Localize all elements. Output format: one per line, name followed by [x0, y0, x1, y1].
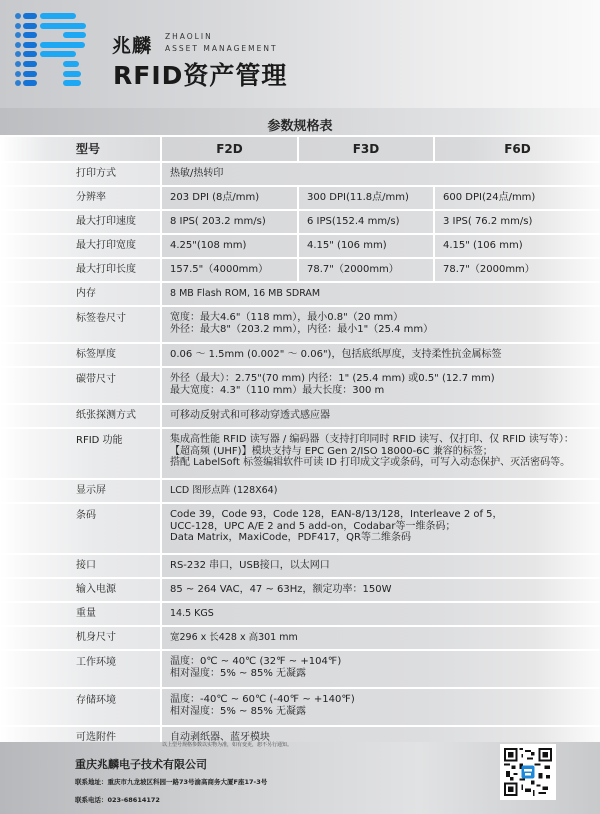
table-title: 参数规格表	[0, 115, 600, 134]
row-label: 标签厚度	[0, 344, 160, 366]
logo-dash	[23, 13, 37, 19]
row-values: RS-232 串口，USB接口，以太网口	[160, 555, 600, 577]
company-address: 联系地址：重庆市九龙坡区科园一路73号渝高商务大厦F座17-3号	[75, 777, 267, 786]
logo-dash	[23, 71, 37, 77]
row-values: 0.06 ～ 1.5mm (0.002" ～ 0.06")，包括底纸厚度，支持柔…	[160, 344, 600, 366]
logo-dot	[15, 23, 21, 29]
brand-english-name: ZHAOLIN ASSET MANAGEMENT	[165, 31, 278, 55]
table-row: 标签厚度0.06 ～ 1.5mm (0.002" ～ 0.06")，包括底纸厚度…	[0, 344, 600, 368]
value-cell-all-models: 宽296 x 长428 x 高301 mm	[162, 627, 600, 649]
value-cell-all-models: 温度：0℃ ~ 40℃ (32℉ ~ +104℉) 相对湿度：5% ~ 85% …	[162, 651, 600, 687]
logo-dash	[23, 32, 37, 38]
value-cell-all-models: LCD 图形点阵 (128X64)	[162, 480, 600, 502]
logo-bar	[40, 51, 76, 57]
logo-bar	[63, 80, 81, 86]
value-cell-all-models: 热敏/热转印	[162, 163, 600, 185]
header-label-model: 型号	[0, 137, 160, 161]
logo-bar	[40, 13, 76, 19]
row-label: 打印方式	[0, 163, 160, 185]
row-label: 存储环境	[0, 689, 160, 725]
row-values: 热敏/热转印	[160, 163, 600, 185]
row-values: 温度：0℃ ~ 40℃ (32℉ ~ +104℉) 相对湿度：5% ~ 85% …	[160, 651, 600, 687]
value-cell-f6d: 600 DPI(24点/mm)	[433, 187, 600, 209]
table-row: 内存8 MB Flash ROM, 16 MB SDRAM	[0, 283, 600, 307]
row-label: 内存	[0, 283, 160, 305]
row-values: 温度：-40℃ ~ 60℃ (-40℉ ~ +140℉) 相对湿度：5% ~ 8…	[160, 689, 600, 725]
row-values: 宽度：最大4.6"（118 mm），最小0.8"（20 mm） 外径：最大8"（…	[160, 307, 600, 342]
rfid-r-logo-icon	[15, 13, 95, 93]
value-cell-all-models: 外径（最大）：2.75"(70 mm) 内径：1" (25.4 mm) 或0.5…	[162, 368, 600, 403]
table-row: 显示屏LCD 图形点阵 (128X64)	[0, 480, 600, 504]
value-cell-all-models: 0.06 ～ 1.5mm (0.002" ～ 0.06")，包括底纸厚度，支持柔…	[162, 344, 600, 366]
company-phone: 联系电话：023-68614172	[75, 795, 160, 804]
logo-dash	[23, 23, 37, 29]
value-cell-all-models: 宽度：最大4.6"（118 mm），最小0.8"（20 mm） 外径：最大8"（…	[162, 307, 600, 342]
table-row: RFID 功能集成高性能 RFID 读写器 / 编码器（支持打印同时 RFID …	[0, 429, 600, 480]
row-label: 分辨率	[0, 187, 160, 209]
logo-dash	[23, 61, 37, 67]
table-row: 标签卷尺寸宽度：最大4.6"（118 mm），最小0.8"（20 mm） 外径：…	[0, 307, 600, 344]
table-row: 最大打印长度157.5"（4000mm）78.7"（2000mm）78.7"（2…	[0, 259, 600, 283]
table-row: 条码Code 39，Code 93，Code 128，EAN-8/13/128，…	[0, 504, 600, 555]
spec-table: 型号 F2D F3D F6D 打印方式热敏/热转印分辨率203 DPI (8点/…	[0, 137, 600, 751]
row-label: 最大打印长度	[0, 259, 160, 281]
table-row: 打印方式热敏/热转印	[0, 163, 600, 187]
table-row: 碳带尺寸外径（最大）：2.75"(70 mm) 内径：1" (25.4 mm) …	[0, 368, 600, 405]
row-label: 接口	[0, 555, 160, 577]
value-cell-f2d: 8 IPS( 203.2 mm/s)	[162, 211, 297, 233]
logo-dash	[23, 80, 37, 86]
table-row: 最大打印宽度4.25"(108 mm)4.15" (106 mm)4.15" (…	[0, 235, 600, 259]
row-label: 机身尺寸	[0, 627, 160, 649]
logo-dot	[15, 71, 21, 77]
row-label: 最大打印宽度	[0, 235, 160, 257]
logo-bar	[63, 71, 81, 77]
value-cell-all-models: 温度：-40℃ ~ 60℃ (-40℉ ~ +140℉) 相对湿度：5% ~ 8…	[162, 689, 600, 725]
value-cell-f2d: 157.5"（4000mm）	[162, 259, 297, 281]
value-cell-f2d: 203 DPI (8点/mm)	[162, 187, 297, 209]
row-values: 集成高性能 RFID 读写器 / 编码器（支持打印同时 RFID 读写、仅打印、…	[160, 429, 600, 478]
row-values: 4.25"(108 mm)4.15" (106 mm)4.15" (106 mm…	[160, 235, 600, 257]
row-label: 条码	[0, 504, 160, 553]
table-row: 输入电源85 ~ 264 VAC，47 ~ 63Hz，额定功率：150W	[0, 579, 600, 603]
value-cell-all-models: Code 39，Code 93，Code 128，EAN-8/13/128，In…	[162, 504, 600, 553]
value-cell-f3d: 6 IPS(152.4 mm/s)	[297, 211, 433, 233]
row-label: 碳带尺寸	[0, 368, 160, 403]
header-banner: 兆麟 ZHAOLIN ASSET MANAGEMENT RFID资产管理	[0, 0, 600, 108]
row-values: Code 39，Code 93，Code 128，EAN-8/13/128，In…	[160, 504, 600, 553]
value-cell-all-models: 8 MB Flash ROM, 16 MB SDRAM	[162, 283, 600, 305]
value-cell-all-models: 14.5 KGS	[162, 603, 600, 625]
logo-dot	[15, 61, 21, 67]
logo-dash	[23, 51, 37, 57]
value-cell-f3d: 300 DPI(11.8点/mm)	[297, 187, 433, 209]
table-row: 最大打印速度8 IPS( 203.2 mm/s)6 IPS(152.4 mm/s…	[0, 211, 600, 235]
company-name: 重庆兆麟电子技术有限公司	[75, 756, 207, 772]
header-model-f6d: F6D	[433, 137, 600, 161]
row-values: 85 ~ 264 VAC，47 ~ 63Hz，额定功率：150W	[160, 579, 600, 601]
logo-dash	[23, 42, 37, 48]
header-models: F2D F3D F6D	[160, 137, 600, 161]
table-row: 分辨率203 DPI (8点/mm)300 DPI(11.8点/mm)600 D…	[0, 187, 600, 211]
row-values: 可移动反射式和可移动穿透式感应器	[160, 405, 600, 427]
logo-bar	[63, 61, 79, 67]
row-label: 重量	[0, 603, 160, 625]
value-cell-f6d: 78.7"（2000mm）	[433, 259, 600, 281]
value-cell-f6d: 3 IPS( 76.2 mm/s)	[433, 211, 600, 233]
value-cell-f3d: 78.7"（2000mm）	[297, 259, 433, 281]
value-cell-f2d: 4.25"(108 mm)	[162, 235, 297, 257]
row-values: 157.5"（4000mm）78.7"（2000mm）78.7"（2000mm）	[160, 259, 600, 281]
row-label: 工作环境	[0, 651, 160, 687]
logo-dot	[15, 13, 21, 19]
brand-en-line1: ZHAOLIN	[165, 31, 278, 43]
logo-dot	[15, 80, 21, 86]
footer-note: 以上型号规格参数以实物为准，如有变更，恕不另行通知。	[162, 741, 292, 748]
row-values: 外径（最大）：2.75"(70 mm) 内径：1" (25.4 mm) 或0.5…	[160, 368, 600, 403]
table-row: 工作环境温度：0℃ ~ 40℃ (32℉ ~ +104℉) 相对湿度：5% ~ …	[0, 651, 600, 689]
table-row: 接口RS-232 串口，USB接口，以太网口	[0, 555, 600, 579]
row-values: LCD 图形点阵 (128X64)	[160, 480, 600, 502]
brand-title: RFID资产管理	[113, 56, 287, 92]
header-model-f2d: F2D	[162, 137, 297, 161]
row-label: 显示屏	[0, 480, 160, 502]
table-row: 机身尺寸宽296 x 长428 x 高301 mm	[0, 627, 600, 651]
value-cell-f6d: 4.15" (106 mm)	[433, 235, 600, 257]
value-cell-all-models: 集成高性能 RFID 读写器 / 编码器（支持打印同时 RFID 读写、仅打印、…	[162, 429, 600, 478]
logo-bar	[40, 23, 86, 29]
row-label: 最大打印速度	[0, 211, 160, 233]
logo-bar	[40, 42, 85, 48]
logo-dot	[15, 32, 21, 38]
row-label: 纸张探测方式	[0, 405, 160, 427]
table-row: 存储环境温度：-40℃ ~ 60℃ (-40℉ ~ +140℉) 相对湿度：5%…	[0, 689, 600, 727]
row-label: 标签卷尺寸	[0, 307, 160, 342]
logo-bar	[63, 32, 86, 38]
header-model-f3d: F3D	[297, 137, 433, 161]
row-values: 8 IPS( 203.2 mm/s)6 IPS(152.4 mm/s)3 IPS…	[160, 211, 600, 233]
value-cell-f3d: 4.15" (106 mm)	[297, 235, 433, 257]
table-header-row: 型号 F2D F3D F6D	[0, 137, 600, 163]
row-values: 宽296 x 长428 x 高301 mm	[160, 627, 600, 649]
row-values: 8 MB Flash ROM, 16 MB SDRAM	[160, 283, 600, 305]
row-values: 14.5 KGS	[160, 603, 600, 625]
brand-en-line2: ASSET MANAGEMENT	[165, 43, 278, 55]
logo-dot	[15, 51, 21, 57]
row-values: 203 DPI (8点/mm)300 DPI(11.8点/mm)600 DPI(…	[160, 187, 600, 209]
value-cell-all-models: RS-232 串口，USB接口，以太网口	[162, 555, 600, 577]
row-label: RFID 功能	[0, 429, 160, 478]
row-label: 输入电源	[0, 579, 160, 601]
value-cell-all-models: 85 ~ 264 VAC，47 ~ 63Hz，额定功率：150W	[162, 579, 600, 601]
table-row: 重量14.5 KGS	[0, 603, 600, 627]
value-cell-all-models: 可移动反射式和可移动穿透式感应器	[162, 405, 600, 427]
logo-dot	[15, 42, 21, 48]
table-row: 纸张探测方式可移动反射式和可移动穿透式感应器	[0, 405, 600, 429]
qr-code-icon	[500, 744, 556, 800]
brand-chinese-name: 兆麟	[112, 31, 152, 58]
